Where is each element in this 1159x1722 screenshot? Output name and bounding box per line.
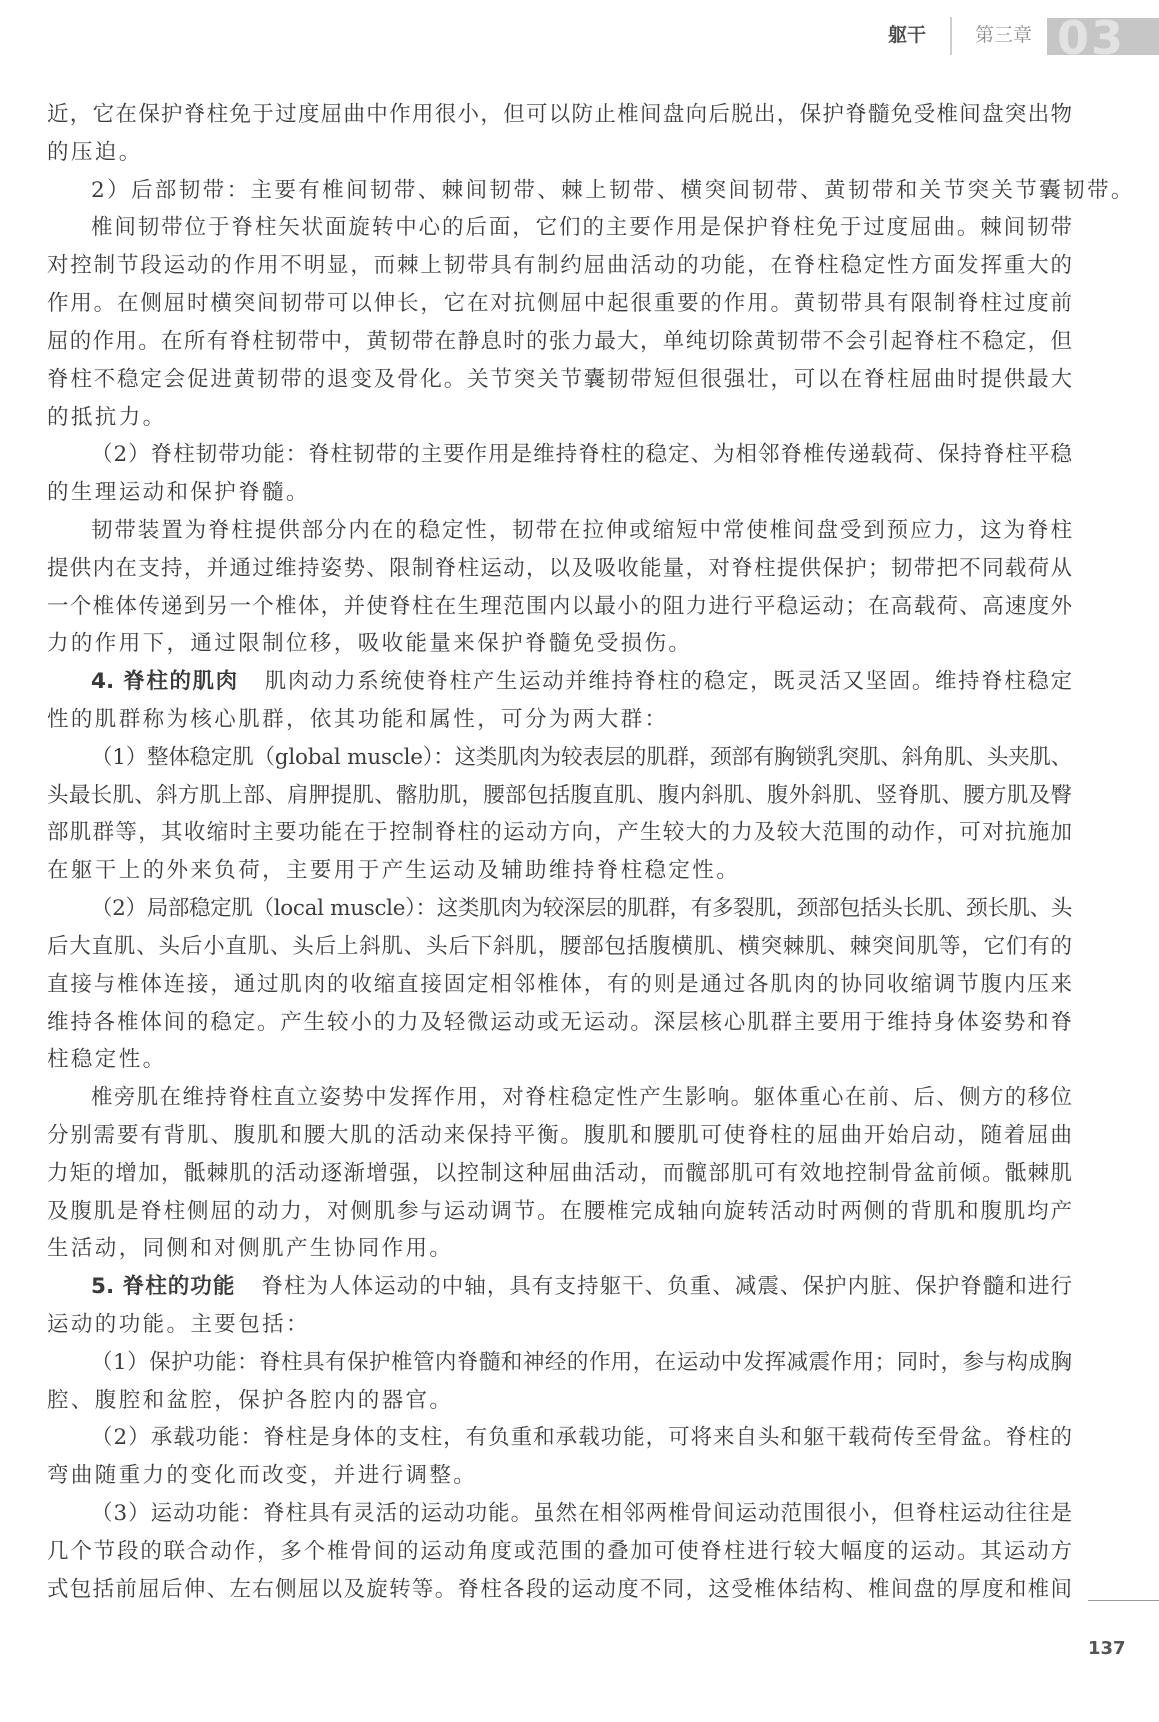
line-text: 椎间韧带位于脊柱矢状面旋转中心的后面，它们的主要作用是保护脊柱免于过度屈曲。棘间… — [91, 215, 1072, 240]
text-line: 力矩的增加，骶棘肌的活动逐渐增强，以控制这种屈曲活动，而髋部肌可有效地控制骨盆前… — [47, 1155, 1072, 1193]
text-line: 一个椎体传递到另一个椎体，并使脊柱在生理范围内以最小的阻力进行平稳运动；在高载荷… — [47, 588, 1072, 626]
line-text: 分别需要有背肌、腹肌和腰大肌的活动来保持平衡。腹肌和腰肌可使脊柱的屈曲开始启动，… — [47, 1123, 1072, 1148]
text-line: 椎旁肌在维持脊柱直立姿势中发挥作用，对脊柱稳定性产生影响。躯体重心在前、后、侧方… — [47, 1079, 1072, 1117]
text-line: 近，它在保护脊柱免于过度屈曲中作用很小，但可以防止椎间盘向后脱出，保护脊髓免受椎… — [47, 96, 1072, 134]
line-text: 柱稳定性。 — [47, 1047, 167, 1072]
text-line: （2）局部稳定肌（local muscle）：这类肌肉为较深层的肌群，有多裂肌，… — [47, 890, 1072, 928]
text-line: 的抵抗力。 — [47, 399, 1072, 437]
text-line: 生活动，同侧和对侧肌产生协同作用。 — [47, 1230, 1072, 1268]
line-text: 一个椎体传递到另一个椎体，并使脊柱在生理范围内以最小的阻力进行平稳运动；在高载荷… — [47, 594, 1072, 619]
chapter-number: 03 — [1057, 18, 1125, 55]
text-line: 弯曲随重力的变化而改变，并进行调整。 — [47, 1457, 1072, 1495]
line-text: （2）承载功能：脊柱是身体的支柱，有负重和承载功能，可将来自头和躯干载荷传至骨盆… — [91, 1425, 1072, 1450]
line-text: 对控制节段运动的作用不明显，而棘上韧带具有制约屈曲活动的功能，在脊柱稳定性方面发… — [47, 253, 1072, 278]
line-text: 后大直肌、头后小直肌、头后上斜肌、头后下斜肌，腰部包括腹横肌、横突棘肌、棘突间肌… — [47, 934, 1072, 959]
line-text: 韧带装置为脊柱提供部分内在的稳定性，韧带在拉伸或缩短中常使椎间盘受到预应力，这为… — [91, 518, 1072, 543]
line-text: 几个节段的联合动作，多个椎骨间的运动角度或范围的叠加可使脊柱进行较大幅度的运动。… — [47, 1539, 1072, 1564]
text-line: 椎间韧带位于脊柱矢状面旋转中心的后面，它们的主要作用是保护脊柱免于过度屈曲。棘间… — [47, 209, 1072, 247]
text-line: 韧带装置为脊柱提供部分内在的稳定性，韧带在拉伸或缩短中常使椎间盘受到预应力，这为… — [47, 512, 1072, 550]
page-number: 137 — [1088, 1638, 1126, 1659]
section-heading: 4. 脊柱的肌肉 — [91, 669, 239, 694]
header-section-title: 躯干 — [888, 20, 926, 47]
chapter-number-badge: 03 — [1047, 18, 1159, 55]
line-text: 作用。在侧屈时横突间韧带可以伸长，它在对抗侧屈中起很重要的作用。黄韧带具有限制脊… — [47, 291, 1072, 316]
text-line: （2）脊柱韧带功能：脊柱韧带的主要作用是维持脊柱的稳定、为相邻脊椎传递载荷、保持… — [47, 436, 1072, 474]
text-line: 及腹肌是脊柱侧屈的动力，对侧肌参与运动调节。在腰椎完成轴向旋转活动时两侧的背肌和… — [47, 1193, 1072, 1231]
line-text: 力的作用下，通过限制位移，吸收能量来保护脊髓免受损伤。 — [47, 631, 692, 656]
body-text: 近，它在保护脊柱免于过度屈曲中作用很小，但可以防止椎间盘向后脱出，保护脊髓免受椎… — [47, 96, 1072, 1609]
line-text: 的抵抗力。 — [47, 405, 167, 430]
text-line: 的压迫。 — [47, 134, 1072, 172]
section-heading-line: 5. 脊柱的功能脊柱为人体运动的中轴，具有支持躯干、负重、减震、保护内脏、保护脊… — [47, 1268, 1072, 1306]
text-line: 屈的作用。在所有脊柱韧带中，黄韧带在静息时的张力最大，单纯切除黄韧带不会引起脊柱… — [47, 323, 1072, 361]
line-text: 近，它在保护脊柱免于过度屈曲中作用很小，但可以防止椎间盘向后脱出，保护脊髓免受椎… — [47, 102, 1072, 127]
text-line: （1）整体稳定肌（global muscle）：这类肌肉为较表层的肌群，颈部有胸… — [47, 739, 1072, 777]
text-line: 维持各椎体间的稳定。产生较小的力及轻微运动或无运动。深层核心肌群主要用于维持身体… — [47, 1004, 1072, 1042]
line-text: 运动的功能。主要包括： — [47, 1312, 310, 1337]
line-text: 及腹肌是脊柱侧屈的动力，对侧肌参与运动调节。在腰椎完成轴向旋转活动时两侧的背肌和… — [47, 1199, 1072, 1224]
text-line: 的生理运动和保护脊髓。 — [47, 474, 1072, 512]
line-text: 提供内在支持，并通过维持姿势、限制脊柱运动，以及吸收能量，对脊柱提供保护；韧带把… — [47, 556, 1072, 581]
text-line: 在躯干上的外来负荷，主要用于产生运动及辅助维持脊柱稳定性。 — [47, 852, 1072, 890]
header-chapter-label: 第三章 — [975, 20, 1032, 47]
text-line: 式包括前屈后伸、左右侧屈以及旋转等。脊柱各段的运动度不同，这受椎体结构、椎间盘的… — [47, 1571, 1072, 1609]
line-text: （3）运动功能：脊柱具有灵活的运动功能。虽然在相邻两椎骨间运动范围很小，但脊柱运… — [91, 1501, 1072, 1526]
line-text: 肌肉动力系统使脊柱产生运动并维持脊柱的稳定，既灵活又坚固。维持脊柱稳定 — [265, 669, 1072, 694]
text-line: 分别需要有背肌、腹肌和腰大肌的活动来保持平衡。腹肌和腰肌可使脊柱的屈曲开始启动，… — [47, 1117, 1072, 1155]
line-text: 性的肌群称为核心肌群，依其功能和属性，可分为两大群： — [47, 707, 668, 732]
line-text: 的生理运动和保护脊髓。 — [47, 480, 310, 505]
text-line: 几个节段的联合动作，多个椎骨间的运动角度或范围的叠加可使脊柱进行较大幅度的运动。… — [47, 1533, 1072, 1571]
text-line: 头最长肌、斜方肌上部、肩胛提肌、髂肋肌，腰部包括腹直肌、腹内斜肌、腹外斜肌、竖脊… — [47, 777, 1072, 815]
text-line: 后大直肌、头后小直肌、头后上斜肌、头后下斜肌，腰部包括腹横肌、横突棘肌、棘突间肌… — [47, 928, 1072, 966]
text-line: 运动的功能。主要包括： — [47, 1306, 1072, 1344]
text-line: （3）运动功能：脊柱具有灵活的运动功能。虽然在相邻两椎骨间运动范围很小，但脊柱运… — [47, 1495, 1072, 1533]
text-line: 对控制节段运动的作用不明显，而棘上韧带具有制约屈曲活动的功能，在脊柱稳定性方面发… — [47, 247, 1072, 285]
line-text: 生活动，同侧和对侧肌产生协同作用。 — [47, 1236, 453, 1261]
section-heading-line: 4. 脊柱的肌肉肌肉动力系统使脊柱产生运动并维持脊柱的稳定，既灵活又坚固。维持脊… — [47, 663, 1072, 701]
text-line: 直接与椎体连接，通过肌肉的收缩直接固定相邻椎体，有的则是通过各肌肉的协同收缩调节… — [47, 966, 1072, 1004]
section-heading: 5. 脊柱的功能 — [91, 1274, 235, 1299]
line-text: 2）后部韧带：主要有椎间韧带、棘间韧带、棘上韧带、横突间韧带、黄韧带和关节突关节… — [91, 178, 1135, 203]
line-text: （2）脊柱韧带功能：脊柱韧带的主要作用是维持脊柱的稳定、为相邻脊椎传递载荷、保持… — [91, 442, 1072, 467]
text-line: 脊柱不稳定会促进黄韧带的退变及骨化。关节突关节囊韧带短但很强壮，可以在脊柱屈曲时… — [47, 361, 1072, 399]
line-text: 式包括前屈后伸、左右侧屈以及旋转等。脊柱各段的运动度不同，这受椎体结构、椎间盘的… — [47, 1577, 1072, 1602]
text-line: 性的肌群称为核心肌群，依其功能和属性，可分为两大群： — [47, 701, 1072, 739]
text-line: 部肌群等，其收缩时主要功能在于控制脊柱的运动方向，产生较大的力及较大范围的动作，… — [47, 814, 1072, 852]
running-header: 躯干 第三章 03 — [0, 0, 1159, 70]
header-divider — [950, 17, 952, 55]
line-text: 维持各椎体间的稳定。产生较小的力及轻微运动或无运动。深层核心肌群主要用于维持身体… — [47, 1010, 1072, 1035]
line-text: 屈的作用。在所有脊柱韧带中，黄韧带在静息时的张力最大，单纯切除黄韧带不会引起脊柱… — [47, 329, 1072, 354]
line-text: 的压迫。 — [47, 140, 143, 165]
text-line: 柱稳定性。 — [47, 1041, 1072, 1079]
line-text: 腔、腹腔和盆腔，保护各腔内的器官。 — [47, 1388, 453, 1413]
line-text: 头最长肌、斜方肌上部、肩胛提肌、髂肋肌，腰部包括腹直肌、腹内斜肌、腹外斜肌、竖脊… — [47, 783, 1072, 808]
line-text: 在躯干上的外来负荷，主要用于产生运动及辅助维持脊柱稳定性。 — [47, 858, 740, 883]
text-line: （2）承载功能：脊柱是身体的支柱，有负重和承载功能，可将来自头和躯干载荷传至骨盆… — [47, 1419, 1072, 1457]
text-line: 力的作用下，通过限制位移，吸收能量来保护脊髓免受损伤。 — [47, 625, 1072, 663]
text-line: （1）保护功能：脊柱具有保护椎管内脊髓和神经的作用，在运动中发挥减震作用；同时，… — [47, 1344, 1072, 1382]
text-line: 2）后部韧带：主要有椎间韧带、棘间韧带、棘上韧带、横突间韧带、黄韧带和关节突关节… — [47, 172, 1072, 210]
line-text: （1）保护功能：脊柱具有保护椎管内脊髓和神经的作用，在运动中发挥减震作用；同时，… — [91, 1350, 1072, 1375]
footer-rule — [1088, 1600, 1159, 1601]
line-text: 椎旁肌在维持脊柱直立姿势中发挥作用，对脊柱稳定性产生影响。躯体重心在前、后、侧方… — [91, 1085, 1072, 1110]
text-line: 腔、腹腔和盆腔，保护各腔内的器官。 — [47, 1382, 1072, 1420]
line-text: （2）局部稳定肌（local muscle）：这类肌肉为较深层的肌群，有多裂肌，… — [91, 896, 1072, 921]
line-text: 脊柱为人体运动的中轴，具有支持躯干、负重、减震、保护内脏、保护脊髓和进行 — [261, 1274, 1072, 1299]
line-text: 脊柱不稳定会促进黄韧带的退变及骨化。关节突关节囊韧带短但很强壮，可以在脊柱屈曲时… — [47, 367, 1072, 392]
line-text: 直接与椎体连接，通过肌肉的收缩直接固定相邻椎体，有的则是通过各肌肉的协同收缩调节… — [47, 972, 1072, 997]
text-line: 提供内在支持，并通过维持姿势、限制脊柱运动，以及吸收能量，对脊柱提供保护；韧带把… — [47, 550, 1072, 588]
line-text: 力矩的增加，骶棘肌的活动逐渐增强，以控制这种屈曲活动，而髋部肌可有效地控制骨盆前… — [47, 1161, 1072, 1186]
line-text: 弯曲随重力的变化而改变，并进行调整。 — [47, 1463, 477, 1488]
line-text: 部肌群等，其收缩时主要功能在于控制脊柱的运动方向，产生较大的力及较大范围的动作，… — [47, 820, 1072, 845]
text-line: 作用。在侧屈时横突间韧带可以伸长，它在对抗侧屈中起很重要的作用。黄韧带具有限制脊… — [47, 285, 1072, 323]
line-text: （1）整体稳定肌（global muscle）：这类肌肉为较表层的肌群，颈部有胸… — [91, 745, 1072, 770]
